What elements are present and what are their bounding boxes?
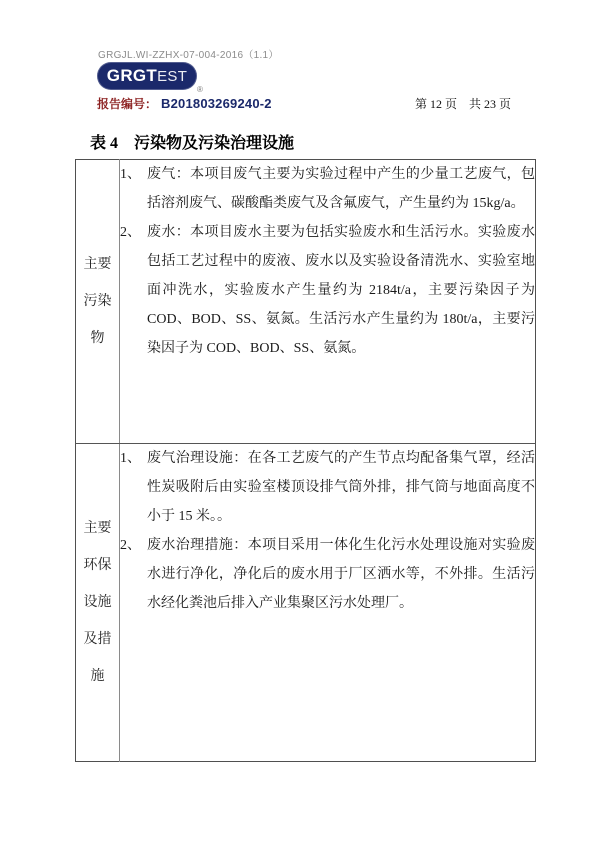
logo-text-light: EST (157, 68, 187, 85)
document-page: GRGJL.WI-ZZHX-07-004-2016（1.1） GRGTEST ®… (0, 0, 612, 865)
label-line: 主要 (76, 510, 119, 547)
list-item-number: 1、 (120, 160, 147, 218)
list-item: 2、 废水治理措施：本项目采用一体化生化污水处理设施对实验废水进行净化，净化后的… (120, 531, 535, 618)
row-label-main-pollutants: 主要 污染 物 (76, 160, 120, 444)
list-item-text: 废气治理设施：在各工艺废气的产生节点均配备集气罩，经活性炭吸附后由实验室楼顶设排… (147, 444, 535, 531)
list-item-number: 2、 (120, 218, 147, 363)
list-item: 1、 废气治理设施：在各工艺废气的产生节点均配备集气罩，经活性炭吸附后由实验室楼… (120, 444, 535, 531)
list-item-number: 2、 (120, 531, 147, 618)
report-header-row: 报告编号： B201803269240-2 第 12 页 共 23 页 (97, 95, 511, 112)
label-line: 主要 (76, 246, 119, 283)
label-line: 物 (76, 320, 119, 357)
label-line: 环保 (76, 547, 119, 584)
table-row-treatment-facilities: 主要 环保 设施 及措 施 1、 废气治理设施：在各工艺废气的产生节点均配备集气… (76, 444, 536, 762)
list-item-text: 废气：本项目废气主要为实验过程中产生的少量工艺废气，包括溶剂废气、碳酸酯类废气及… (147, 160, 535, 218)
pollutants-table: 主要 污染 物 1、 废气：本项目废气主要为实验过程中产生的少量工艺废气，包括溶… (75, 159, 536, 762)
table-row-pollutants: 主要 污染 物 1、 废气：本项目废气主要为实验过程中产生的少量工艺废气，包括溶… (76, 160, 536, 444)
table-title: 表 4 污染物及污染治理设施 (90, 130, 294, 153)
label-line: 污染 (76, 283, 119, 320)
row-content-treatment-facilities: 1、 废气治理设施：在各工艺废气的产生节点均配备集气罩，经活性炭吸附后由实验室楼… (120, 444, 536, 762)
row-label-treatment-facilities: 主要 环保 设施 及措 施 (76, 444, 120, 762)
list-item: 1、 废气：本项目废气主要为实验过程中产生的少量工艺废气，包括溶剂废气、碳酸酯类… (120, 160, 535, 218)
label-line: 及措 (76, 621, 119, 658)
document-code: GRGJL.WI-ZZHX-07-004-2016（1.1） (98, 46, 279, 61)
report-number-value: B201803269240-2 (157, 96, 272, 111)
registered-trademark-icon: ® (197, 85, 203, 94)
list-item: 2、 废水：本项目废水主要为包括实验废水和生活污水。实验废水包括工艺过程中的废液… (120, 218, 535, 363)
logo-text-bold: GRGT (107, 66, 157, 86)
list-item-text: 废水治理措施：本项目采用一体化生化污水处理设施对实验废水进行净化，净化后的废水用… (147, 531, 535, 618)
report-number-label: 报告编号： (97, 95, 157, 112)
page-number-info: 第 12 页 共 23 页 (415, 95, 511, 112)
label-line: 施 (76, 658, 119, 695)
list-item-text: 废水：本项目废水主要为包括实验废水和生活污水。实验废水包括工艺过程中的废液、废水… (147, 218, 535, 363)
row-content-main-pollutants: 1、 废气：本项目废气主要为实验过程中产生的少量工艺废气，包括溶剂废气、碳酸酯类… (120, 160, 536, 444)
grgtest-logo: GRGTEST (97, 62, 197, 90)
list-item-number: 1、 (120, 444, 147, 531)
label-line: 设施 (76, 584, 119, 621)
